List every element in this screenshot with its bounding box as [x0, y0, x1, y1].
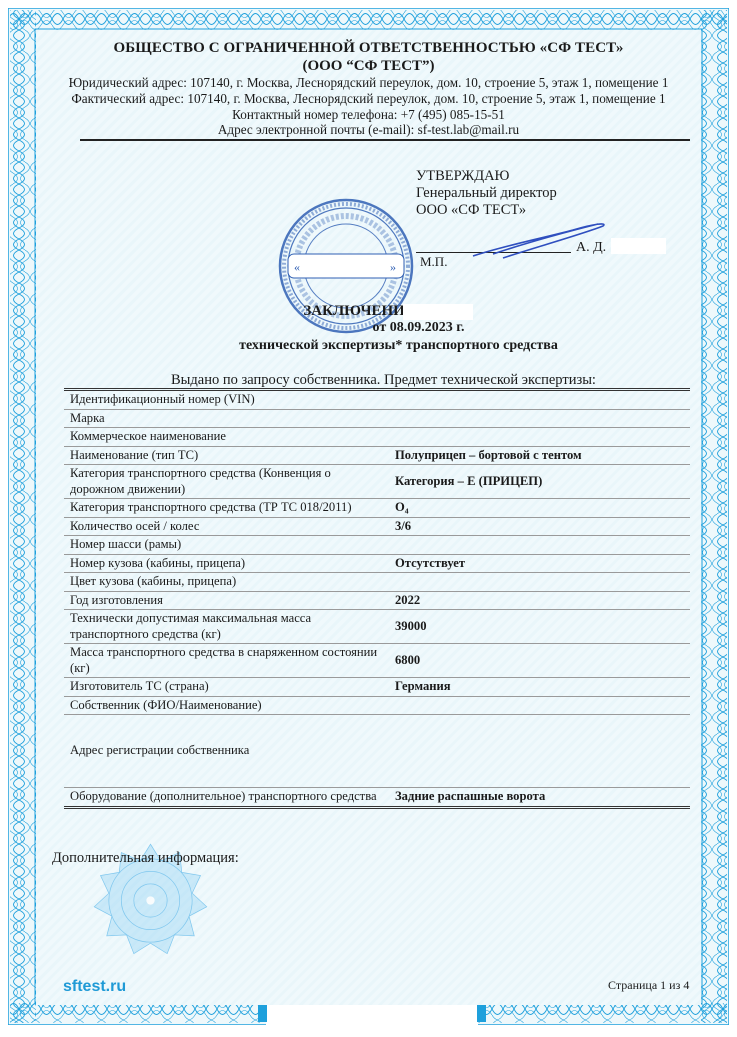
org-full-name: ОБЩЕСТВО С ОГРАНИЧЕННОЙ ОТВЕТСТВЕННОСТЬЮ… — [8, 40, 729, 57]
additional-info-label: Дополнительная информация: — [52, 850, 239, 867]
table-row: Изготовитель ТС (страна)Германия — [64, 678, 690, 697]
table-row: Технически допустимая максимальная масса… — [64, 610, 690, 644]
row-label: Категория транспортного средства (ТР ТС … — [64, 499, 389, 517]
table-row: Категория транспортного средства (ТР ТС … — [64, 499, 690, 518]
row-value — [389, 428, 690, 446]
row-value — [389, 391, 690, 409]
page-number: Страница 1 из 4 — [608, 978, 689, 993]
row-label: Адрес регистрации собственника — [64, 715, 389, 787]
table-row: Категория транспортного средства (Конвен… — [64, 465, 690, 499]
signature-icon — [463, 216, 613, 266]
row-value — [389, 573, 690, 591]
row-value: 6800 — [389, 644, 690, 677]
table-row: Номер кузова (кабины, прицепа)Отсутствуе… — [64, 555, 690, 574]
row-label: Изготовитель ТС (страна) — [64, 678, 389, 696]
row-value — [389, 410, 690, 428]
row-label: Категория транспортного средства (Конвен… — [64, 465, 389, 498]
row-label: Оборудование (дополнительное) транспортн… — [64, 788, 389, 806]
table-row: Год изготовления2022 — [64, 592, 690, 611]
row-value — [389, 715, 690, 787]
row-value: Задние распашные ворота — [389, 788, 690, 806]
row-label: Наименование (тип ТС) — [64, 447, 389, 465]
conclusion-title: ЗАКЛЮЧЕНИЕ № — [8, 303, 729, 320]
row-label: Идентификационный номер (VIN) — [64, 391, 389, 409]
row-value: 2022 — [389, 592, 690, 610]
table-row: Коммерческое наименование — [64, 428, 690, 447]
table-row: Оборудование (дополнительное) транспортн… — [64, 788, 690, 806]
row-value: 3/6 — [389, 518, 690, 536]
actual-address: Фактический адрес: 107140, г. Москва, Ле… — [8, 91, 729, 107]
row-value: 39000 — [389, 610, 690, 643]
row-value: Полуприцеп – бортовой с тентом — [389, 447, 690, 465]
row-label: Год изготовления — [64, 592, 389, 610]
row-value — [389, 536, 690, 554]
contact-email: Адрес электронной почты (e-mail): sf-tes… — [8, 122, 729, 138]
redacted-signer-surname — [611, 238, 666, 254]
table-row: Наименование (тип ТС)Полуприцеп – бортов… — [64, 447, 690, 466]
issued-text: Выдано по запросу собственника. Предмет … — [171, 372, 596, 389]
row-value: Отсутствует — [389, 555, 690, 573]
row-label: Собственник (ФИО/Наименование) — [64, 697, 389, 715]
table-row: Количество осей / колес3/6 — [64, 518, 690, 537]
table-row: Идентификационный номер (VIN) — [64, 391, 690, 410]
contact-phone: Контактный номер телефона: +7 (495) 085-… — [8, 107, 729, 123]
row-label: Марка — [64, 410, 389, 428]
legal-address: Юридический адрес: 107140, г. Москва, Ле… — [8, 75, 729, 91]
row-label: Коммерческое наименование — [64, 428, 389, 446]
seal-label: М.П. — [420, 254, 447, 270]
vehicle-spec-table: Идентификационный номер (VIN)МаркаКоммер… — [64, 388, 690, 809]
table-row: Масса транспортного средства в снаряженн… — [64, 644, 690, 678]
row-value: O₄ — [389, 499, 690, 517]
row-label: Цвет кузова (кабины, прицепа) — [64, 573, 389, 591]
table-row: Марка — [64, 410, 690, 429]
conclusion-subtitle: технической экспертизы* транспортного ср… — [8, 338, 729, 354]
approval-block: УТВЕРЖДАЮ Генеральный директор ООО «СФ Т… — [416, 168, 557, 219]
row-label: Номер кузова (кабины, прицепа) — [64, 555, 389, 573]
org-short-name: (ООО “СФ ТЕСТ”) — [8, 58, 729, 75]
row-value: Германия — [389, 678, 690, 696]
table-row: Адрес регистрации собственника — [64, 715, 690, 788]
approval-heading: УТВЕРЖДАЮ — [416, 168, 557, 185]
row-value — [389, 697, 690, 715]
table-row: Цвет кузова (кабины, прицепа) — [64, 573, 690, 592]
document-page: ОБЩЕСТВО С ОГРАНИЧЕННОЙ ОТВЕТСТВЕННОСТЬЮ… — [8, 8, 729, 1025]
svg-text:»: » — [390, 260, 396, 274]
approval-position: Генеральный директор — [416, 185, 557, 202]
row-label: Количество осей / колес — [64, 518, 389, 536]
table-row: Собственник (ФИО/Наименование) — [64, 697, 690, 716]
table-row: Номер шасси (рамы) — [64, 536, 690, 555]
conclusion-date: от 08.09.2023 г. — [8, 320, 729, 336]
row-value: Категория – Е (ПРИЦЕП) — [389, 465, 690, 498]
website-link[interactable]: sftest.ru — [63, 978, 126, 996]
header-divider — [80, 139, 690, 141]
row-label: Масса транспортного средства в снаряженн… — [64, 644, 389, 677]
row-label: Технически допустимая максимальная масса… — [64, 610, 389, 643]
svg-text:«: « — [294, 260, 300, 274]
row-label: Номер шасси (рамы) — [64, 536, 389, 554]
redacted-conclusion-number — [403, 304, 473, 320]
